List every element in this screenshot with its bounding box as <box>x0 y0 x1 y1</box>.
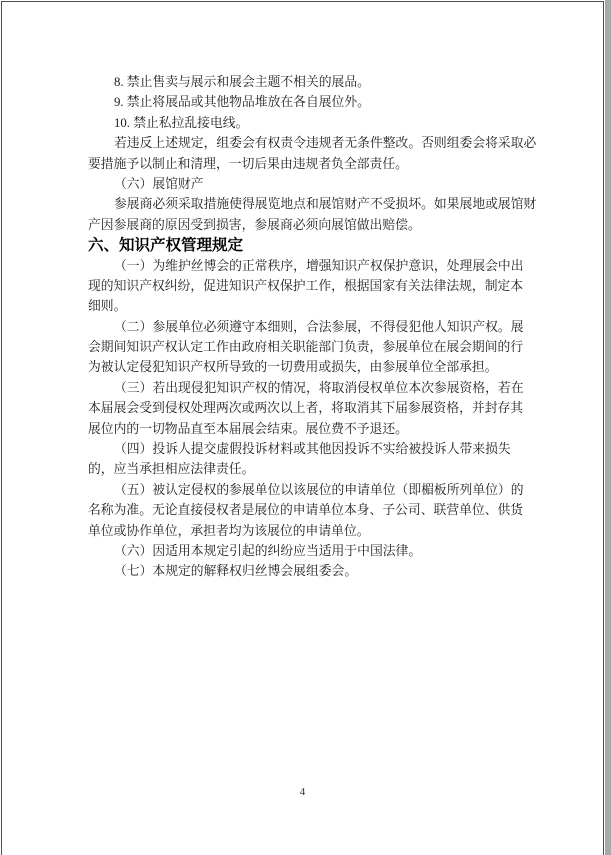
section-heading: 六、知识产权管理规定 <box>88 235 525 255</box>
text-line: （四）投诉人提交虚假投诉材料或其他因投诉不实给被投诉人带来损失 <box>88 439 525 459</box>
text-line: （五）被认定侵权的参展单位以该展位的申请单位（即楣板所列单位）的 <box>88 480 525 500</box>
text-line: 现的知识产权纠纷，促进知识产权保护工作，根据国家有关法律法规，制定本 <box>88 276 525 296</box>
text-line: （三）若出现侵犯知识产权的情况，将取消侵权单位本次参展资格，若在 <box>88 378 525 398</box>
text-line: 为被认定侵犯知识产权所导致的一切费用或损失，由参展单位全部承担。 <box>88 357 525 377</box>
document-body: 8. 禁止售卖与展示和展会主题不相关的展品。9. 禁止将展品或其他物品堆放在各自… <box>88 72 525 582</box>
text-line: 会期间知识产权认定工作由政府相关职能部门负责，参展单位在展会期间的行 <box>88 337 525 357</box>
text-line: 本届展会受到侵权处理两次或两次以上者，将取消其下届参展资格，并封存其 <box>88 398 525 418</box>
text-line: 展位内的一切物品直至本届展会结束。展位费不予退还。 <box>88 419 525 439</box>
text-line: 细则。 <box>88 296 525 316</box>
right-gutter <box>605 0 611 855</box>
text-line: （六）展馆财产 <box>88 174 525 194</box>
text-line: 名称为准。无论直接侵权者是展位的申请单位本身、子公司、联营单位、供货 <box>88 500 525 520</box>
text-line: 要措施予以制止和清理，一切后果由违规者负全部责任。 <box>88 154 525 174</box>
text-line: 的，应当承担相应法律责任。 <box>88 459 525 479</box>
text-line: 产因参展商的原因受到损害，参展商必须向展馆做出赔偿。 <box>88 215 525 235</box>
page-number: 4 <box>2 786 603 798</box>
document-page: 8. 禁止售卖与展示和展会主题不相关的展品。9. 禁止将展品或其他物品堆放在各自… <box>1 1 604 855</box>
text-line: 10. 禁止私拉乱接电线。 <box>88 113 525 133</box>
text-line: （七）本规定的解释权归丝博会展组委会。 <box>88 561 525 581</box>
text-line: 8. 禁止售卖与展示和展会主题不相关的展品。 <box>88 72 525 92</box>
text-line: （二）参展单位必须遵守本细则，合法参展，不得侵犯他人知识产权。展 <box>88 317 525 337</box>
text-line: 9. 禁止将展品或其他物品堆放在各自展位外。 <box>88 92 525 112</box>
text-line: 若违反上述规定，组委会有权责令违规者无条件整改。否则组委会将采取必 <box>88 133 525 153</box>
text-line: 单位或协作单位，承担者均为该展位的申请单位。 <box>88 521 525 541</box>
text-line: 参展商必须采取措施使得展览地点和展馆财产不受损坏。如果展地或展馆财 <box>88 194 525 214</box>
text-line: （六）因适用本规定引起的纠纷应当适用于中国法律。 <box>88 541 525 561</box>
text-line: （一）为维护丝博会的正常秩序，增强知识产权保护意识，处理展会中出 <box>88 256 525 276</box>
